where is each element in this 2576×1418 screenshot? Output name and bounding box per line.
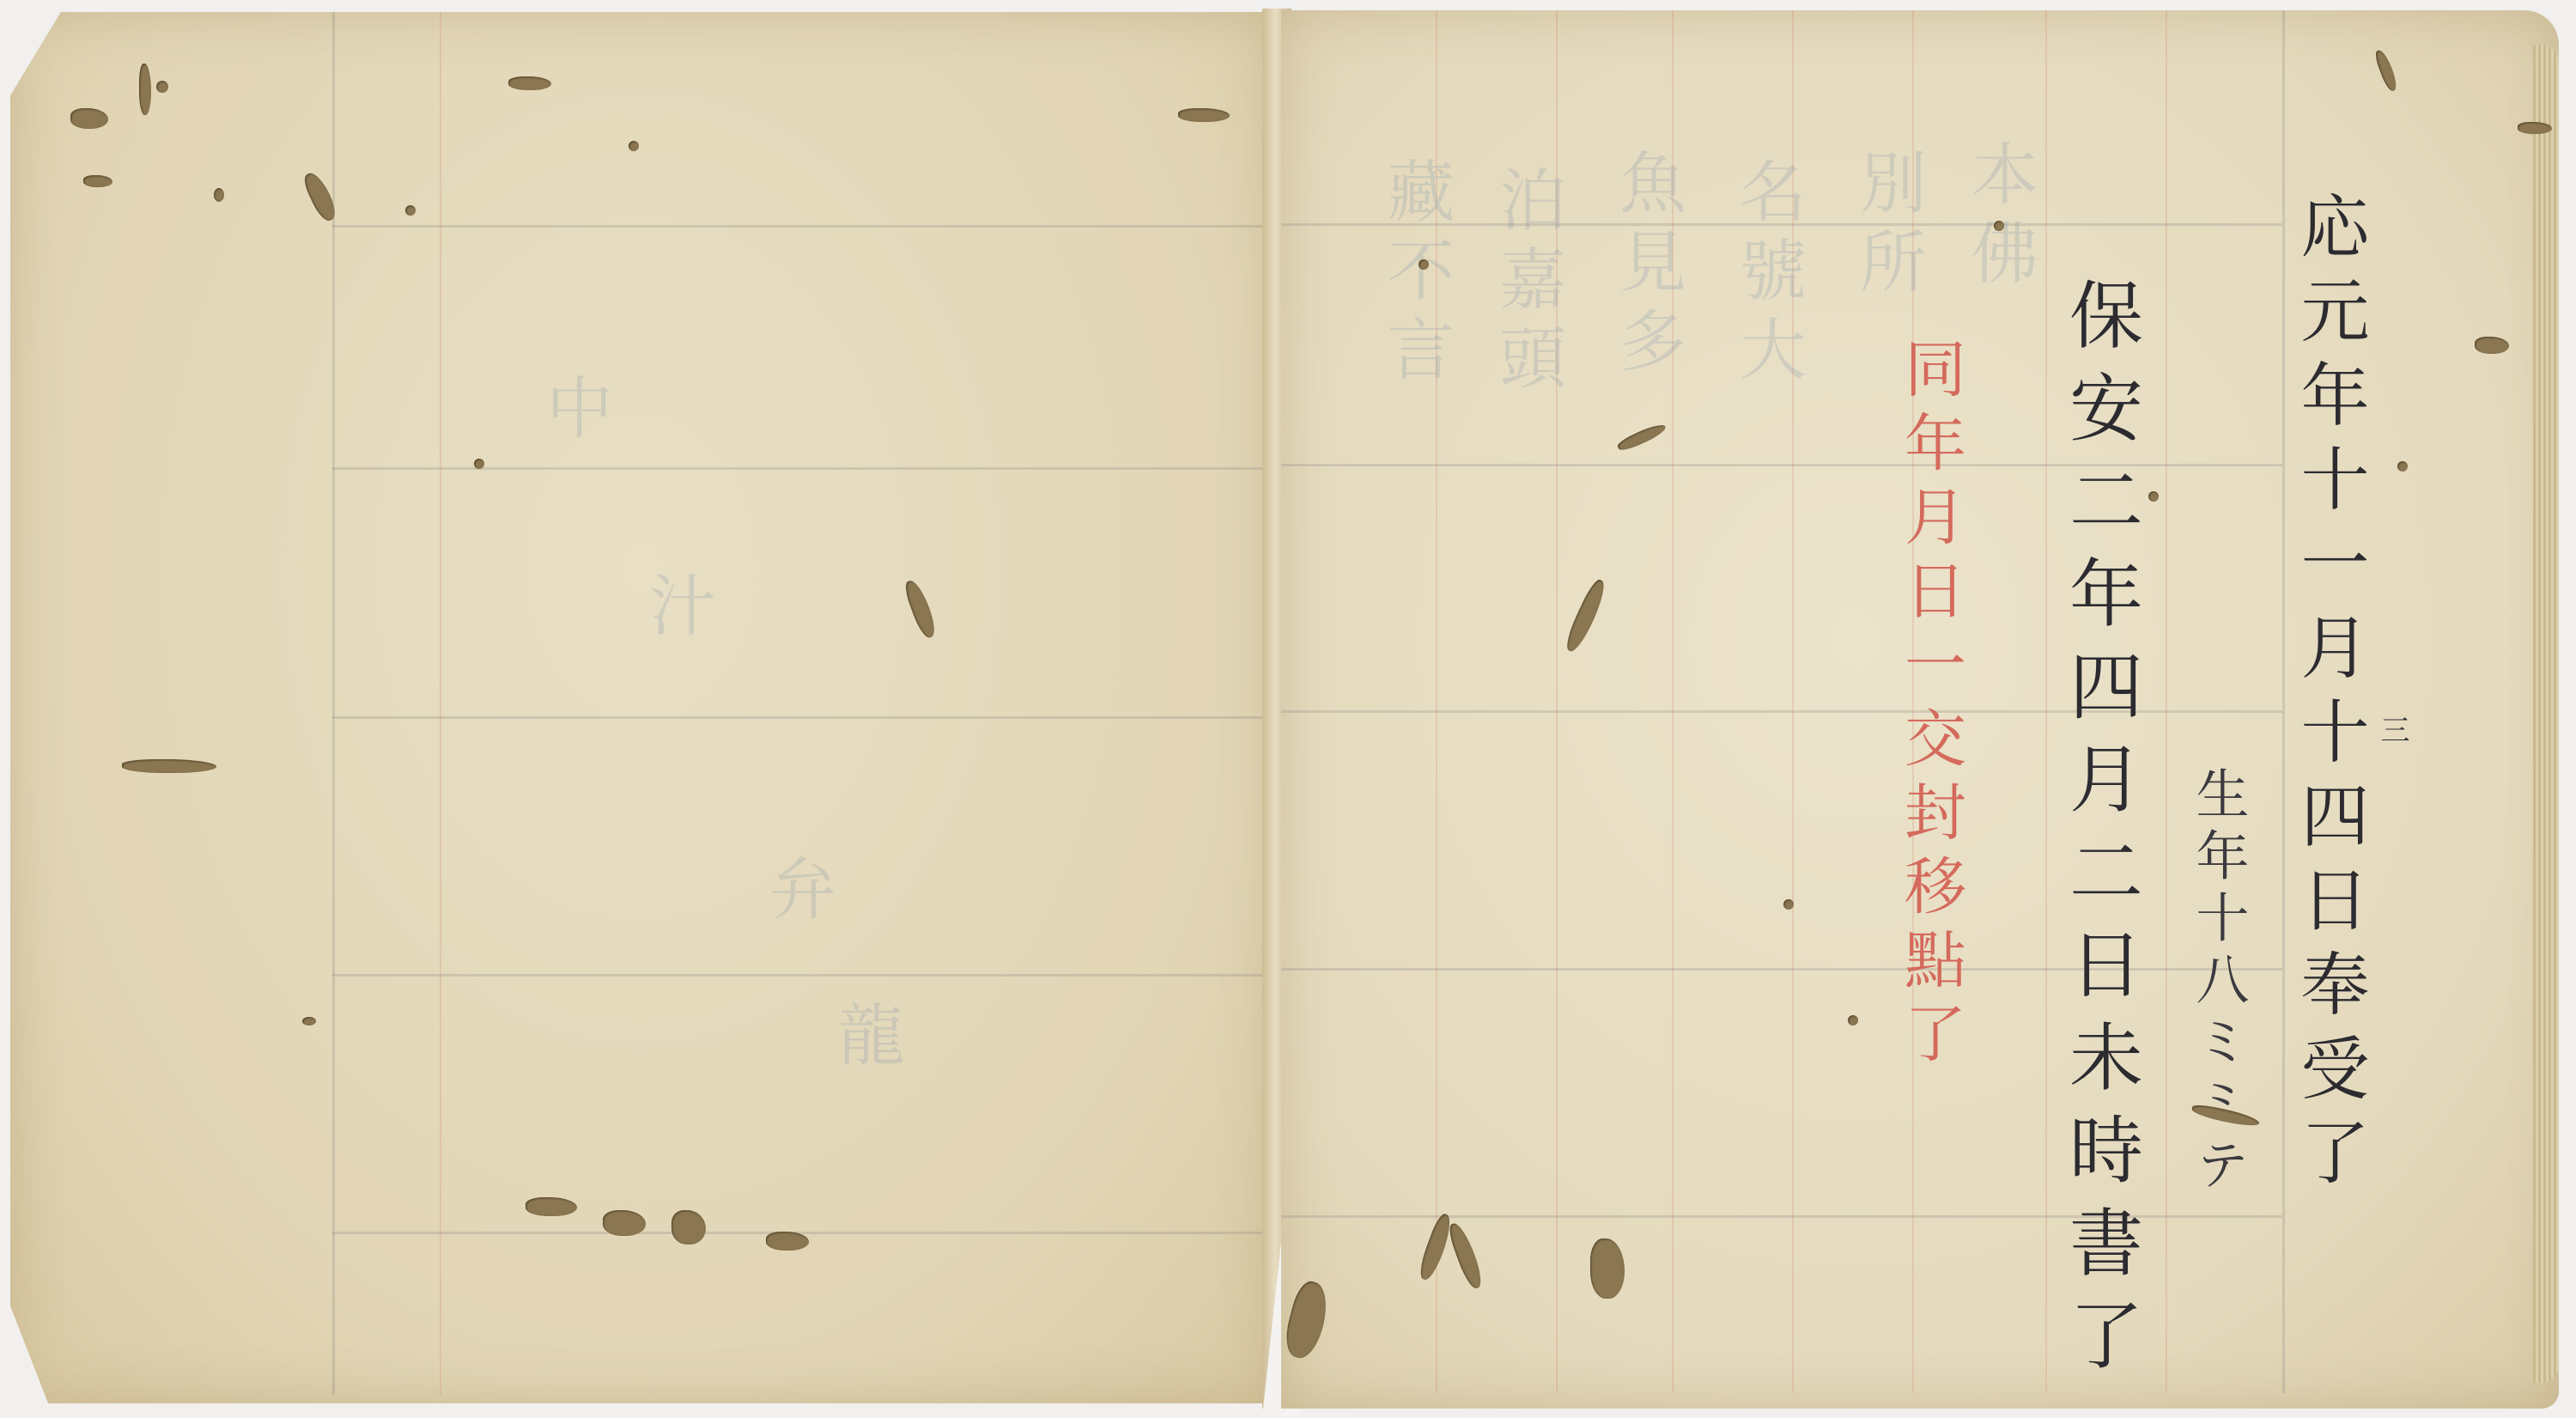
margin-rule	[2282, 10, 2285, 1393]
wormhole	[156, 81, 168, 93]
colophon-red-line: 同年月日一交封移點了	[1899, 337, 1961, 1075]
red-rule	[440, 12, 441, 1395]
wormhole	[302, 1017, 316, 1025]
wormhole	[2373, 48, 2399, 93]
wormhole	[1280, 1278, 1334, 1361]
wormhole	[2397, 461, 2408, 472]
wormhole	[1590, 1238, 1625, 1299]
correction-note: 三	[2372, 715, 2414, 744]
grid-rule	[332, 974, 1273, 977]
wormhole	[2475, 337, 2509, 354]
bleed-through-text: 泊嘉頭	[1479, 165, 1575, 402]
margin-rule	[332, 12, 335, 1395]
colophon-first-line: 応元年十一月十四日奉受了	[2294, 191, 2363, 1201]
bleed-through-text: 別所	[1839, 148, 1935, 306]
wormhole	[70, 108, 108, 129]
wormhole	[2148, 491, 2159, 502]
wormhole	[214, 188, 224, 202]
wormhole	[83, 175, 112, 187]
wormhole	[139, 64, 151, 115]
colophon-date-line: 保安二年四月二日未時書了	[2063, 277, 2136, 1390]
left-page: 中 汁 弁 龍	[10, 12, 1273, 1403]
wormhole	[603, 1210, 646, 1236]
grid-rule	[332, 225, 1273, 228]
bleed-through-text: 名號大	[1719, 156, 1815, 393]
wormhole	[1616, 421, 1668, 453]
wormhole	[474, 459, 484, 469]
wormhole	[2518, 122, 2552, 134]
red-rule	[2166, 10, 2167, 1393]
bleed-through-text: 弁	[749, 854, 845, 933]
wormhole	[1562, 577, 1610, 654]
wormhole	[1446, 1220, 1485, 1291]
colophon-age-note: 生年十八ミミテ	[2191, 766, 2245, 1199]
wormhole	[1848, 1015, 1858, 1025]
wormhole	[1419, 259, 1429, 270]
wormhole	[1994, 221, 2004, 231]
grid-rule	[332, 1232, 1273, 1234]
wormhole	[122, 759, 216, 773]
grid-rule	[332, 467, 1273, 470]
wormhole	[902, 578, 939, 641]
wormhole	[526, 1197, 577, 1216]
bleed-through-text: 本佛	[1951, 139, 2047, 297]
wormhole	[1783, 899, 1794, 910]
bleed-through-text: 藏不言	[1367, 156, 1463, 393]
wormhole	[629, 141, 639, 151]
bleed-through-text: 龍	[817, 1000, 914, 1079]
wormhole	[508, 76, 551, 90]
page-stack-edge	[2533, 45, 2559, 1383]
bleed-through-text: 中	[526, 373, 622, 452]
right-page: 藏不言 泊嘉頭 魚見多 名號大 別所 本佛 同年月日一交封移點了 保安二年四月二…	[1281, 10, 2559, 1409]
bleed-through-text: 汁	[629, 570, 725, 649]
grid-rule	[332, 716, 1273, 719]
wormhole	[766, 1232, 809, 1251]
wormhole	[1178, 108, 1230, 122]
bleed-through-text: 魚見多	[1599, 148, 1695, 385]
wormhole	[405, 205, 416, 216]
wormhole	[671, 1210, 706, 1245]
